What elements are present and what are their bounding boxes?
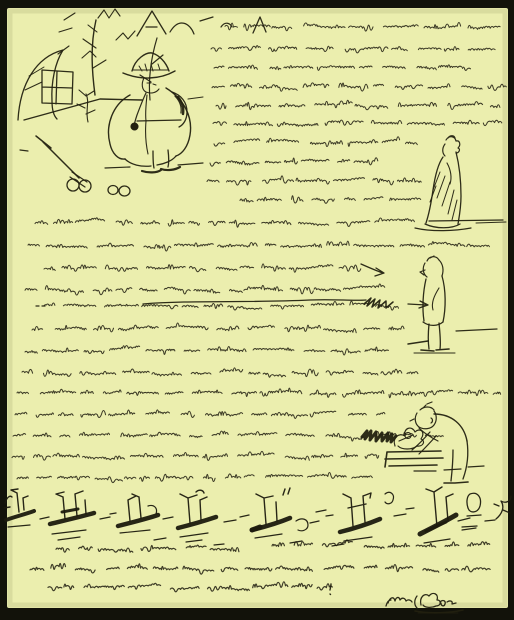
letter-page: [0, 0, 514, 620]
letter-page-svg: [0, 0, 514, 620]
